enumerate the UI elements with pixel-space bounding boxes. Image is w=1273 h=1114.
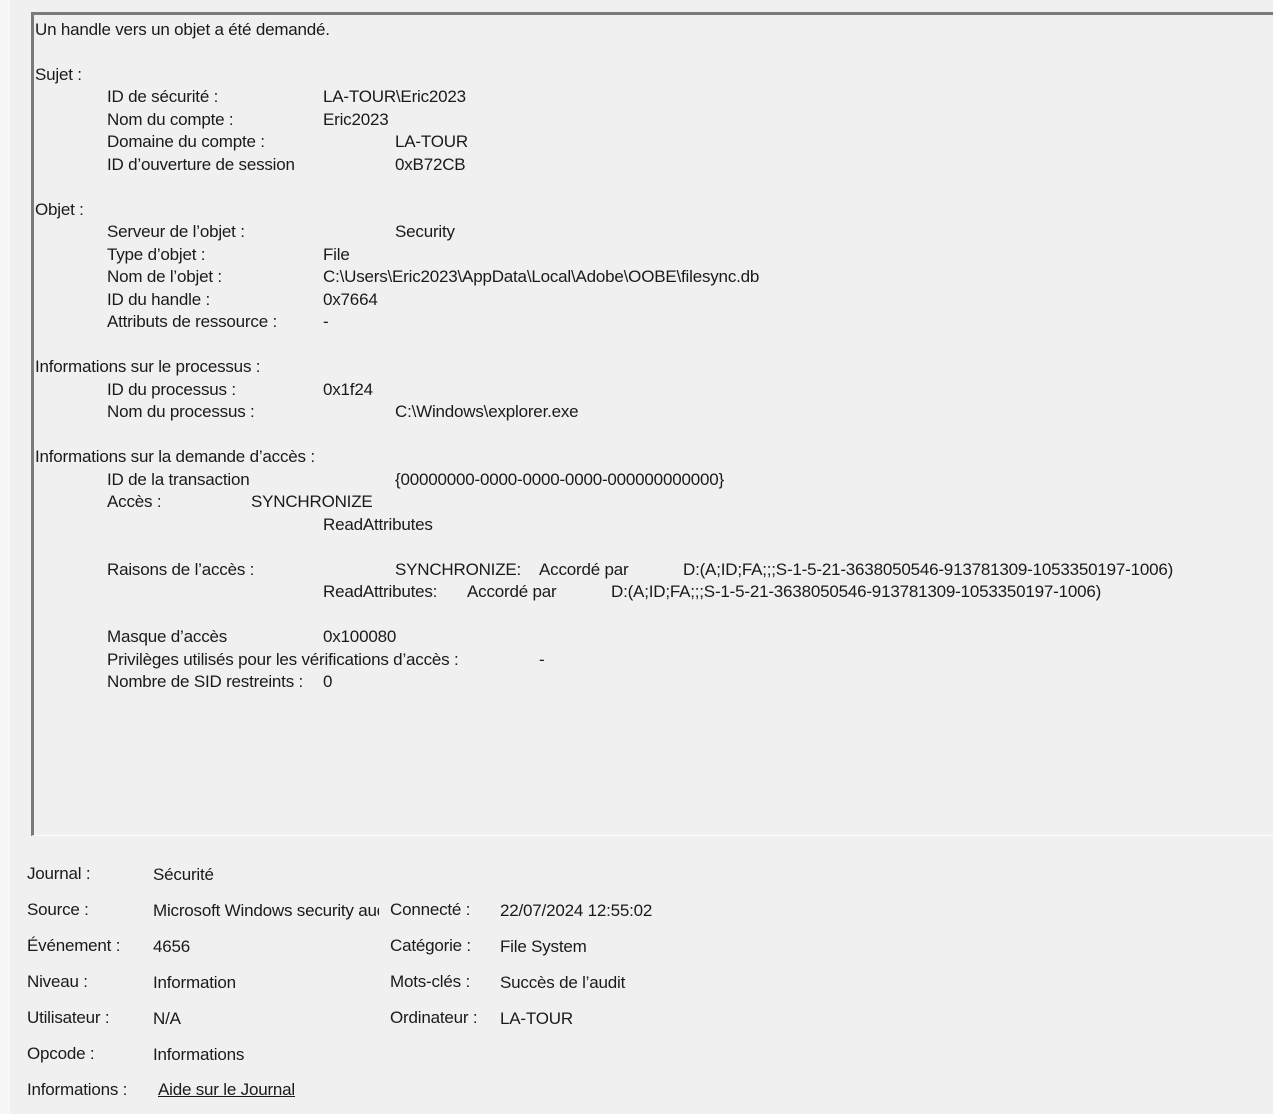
- reason-1-sddl: D:(A;ID;FA;;;S-1-5-21-3638050546-9137813…: [611, 581, 1101, 603]
- access-reasons-label: Raisons de l’accès :: [107, 559, 254, 581]
- handle-id-value: 0x7664: [323, 289, 378, 311]
- process-name-label: Nom du processus :: [107, 401, 255, 423]
- object-type-label: Type d’objet :: [107, 244, 205, 266]
- event-id-label: Événement :: [27, 935, 120, 957]
- process-heading: Informations sur le processus :: [35, 356, 260, 378]
- process-id-label: ID du processus :: [107, 379, 236, 401]
- object-name-value: C:\Users\Eric2023\AppData\Local\Adobe\OO…: [323, 266, 759, 288]
- event-intro: Un handle vers un objet a été demandé.: [35, 19, 330, 41]
- event-id-value[interactable]: 4656: [153, 936, 190, 958]
- security-id-label: ID de sécurité :: [107, 86, 218, 108]
- reason-0-right: SYNCHRONIZE:: [395, 559, 521, 581]
- access-mask-value: 0x100080: [323, 626, 396, 648]
- security-id-value: LA-TOUR\Eric2023: [323, 86, 466, 108]
- privileges-value: -: [539, 649, 544, 671]
- object-server-label: Serveur de l’objet :: [107, 221, 245, 243]
- computer-value[interactable]: LA-TOUR: [500, 1008, 573, 1030]
- journal-label: Journal :: [27, 863, 90, 885]
- user-value[interactable]: N/A: [153, 1008, 181, 1030]
- logged-value[interactable]: 22/07/2024 12:55:02: [500, 900, 652, 922]
- reason-1-granted: Accordé par: [467, 581, 556, 603]
- category-value[interactable]: File System: [500, 936, 587, 958]
- privileges-label: Privilèges utilisés pour les vérificatio…: [107, 649, 458, 671]
- reason-0-granted: Accordé par: [539, 559, 628, 581]
- access-label: Accès :: [107, 491, 161, 513]
- more-info-label: Informations :: [27, 1079, 127, 1101]
- access-value-synchronize: SYNCHRONIZE: [251, 491, 373, 513]
- reason-1-right: ReadAttributes:: [323, 581, 437, 603]
- logged-label: Connecté :: [390, 899, 470, 921]
- keywords-label: Mots-clés :: [390, 971, 470, 993]
- process-name-value: C:\Windows\explorer.exe: [395, 401, 578, 423]
- source-value[interactable]: Microsoft Windows security auditing.: [153, 900, 379, 922]
- account-domain-label: Domaine du compte :: [107, 131, 265, 153]
- level-value[interactable]: Information: [153, 972, 236, 994]
- event-description-box[interactable]: Un handle vers un objet a été demandé. S…: [31, 12, 1273, 836]
- object-server-value: Security: [395, 221, 455, 243]
- reason-0-sddl: D:(A;ID;FA;;;S-1-5-21-3638050546-9137813…: [683, 559, 1173, 581]
- restricted-sid-label: Nombre de SID restreints :: [107, 671, 303, 693]
- transaction-id-label: ID de la transaction: [107, 469, 249, 491]
- opcode-value[interactable]: Informations: [153, 1044, 244, 1066]
- resource-attributes-value: -: [323, 311, 328, 333]
- object-type-value: File: [323, 244, 350, 266]
- subject-heading: Sujet :: [35, 64, 82, 86]
- transaction-id-value: {00000000-0000-0000-0000-000000000000}: [395, 469, 724, 491]
- access-request-heading: Informations sur la demande d’accès :: [35, 446, 315, 468]
- logon-id-value: 0xB72CB: [395, 154, 465, 176]
- user-label: Utilisateur :: [27, 1007, 109, 1029]
- resource-attributes-label: Attributs de ressource :: [107, 311, 277, 333]
- process-id-value: 0x1f24: [323, 379, 373, 401]
- handle-id-label: ID du handle :: [107, 289, 210, 311]
- keywords-value[interactable]: Succès de l’audit: [500, 972, 625, 994]
- access-value-readattributes: ReadAttributes: [323, 514, 433, 536]
- source-label: Source :: [27, 899, 89, 921]
- category-label: Catégorie :: [390, 935, 471, 957]
- level-label: Niveau :: [27, 971, 88, 993]
- journal-value[interactable]: Sécurité: [153, 864, 214, 886]
- computer-label: Ordinateur :: [390, 1007, 477, 1029]
- object-heading: Objet :: [35, 199, 84, 221]
- account-domain-value: LA-TOUR: [395, 131, 468, 153]
- window-edge: [0, 0, 10, 1114]
- logon-id-label: ID d’ouverture de session: [107, 154, 295, 176]
- event-log-help-link[interactable]: Aide sur le Journal: [158, 1079, 295, 1101]
- access-mask-label: Masque d’accès: [107, 626, 227, 648]
- account-name-value: Eric2023: [323, 109, 389, 131]
- restricted-sid-value: 0: [323, 671, 332, 693]
- opcode-label: Opcode :: [27, 1043, 94, 1065]
- account-name-label: Nom du compte :: [107, 109, 233, 131]
- object-name-label: Nom de l’objet :: [107, 266, 222, 288]
